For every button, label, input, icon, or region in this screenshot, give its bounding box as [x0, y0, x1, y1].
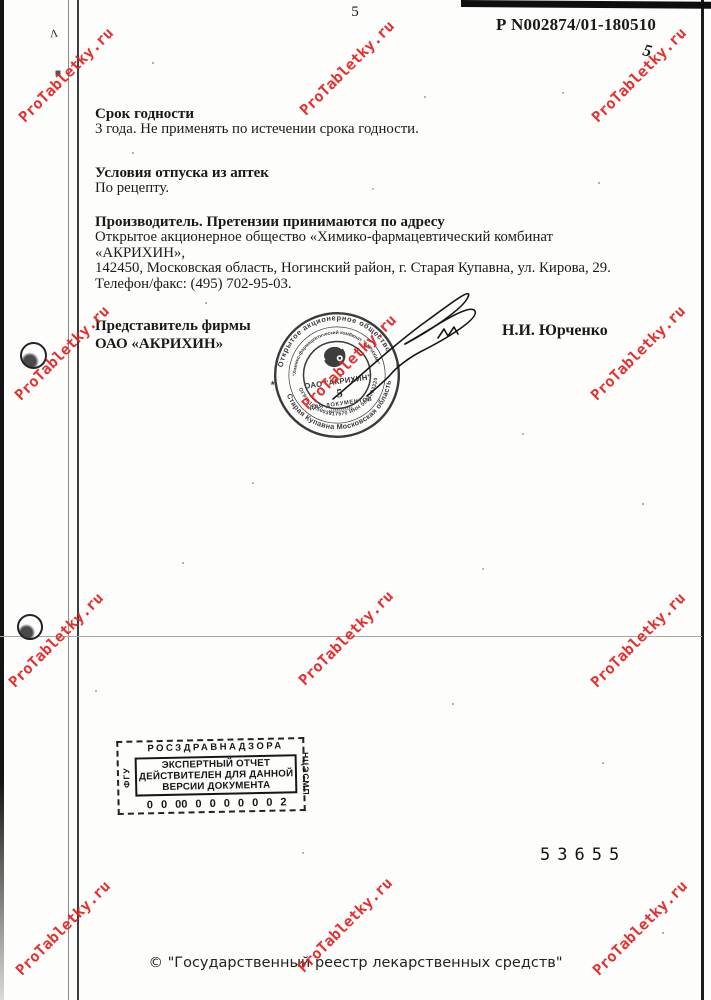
section-text: Открытое акционерное общество «Химико-фа… — [95, 230, 643, 261]
pencil-tick-mark: Λ — [49, 28, 58, 41]
watermark: ProTabletky.ru — [296, 17, 398, 119]
page-number: 5 — [340, 4, 370, 21]
page-edge-line-outer — [77, 0, 79, 1000]
representative-name: Н.И. Юрченко — [502, 322, 608, 340]
section-text: По рецепту. — [95, 181, 643, 197]
page-edge-line-inner — [68, 0, 69, 1000]
section-heading: Условия отпуска из аптек — [95, 165, 643, 181]
document-text: Срок годности 3 года. Не применять по ис… — [95, 106, 643, 292]
scan-noise-speckles — [0, 0, 2, 2]
section-heading: Производитель. Претензии принимаются по … — [95, 214, 643, 230]
section-shelf-life: Срок годности 3 года. Не применять по ис… — [95, 106, 643, 138]
rzn-left-vertical-label: ФГУ — [118, 743, 134, 813]
representative-line2: ОАО «АКРИХИН» — [95, 335, 251, 353]
roszdravnadzor-approval-stamp: ФГУ РОСЗДРАВНАДЗОРА ЭКСПЕРТНЫЙ ОТЧЕТ ДЕЙ… — [116, 737, 306, 815]
watermark: ProTabletky.ru — [587, 302, 689, 404]
document-number: 53655 — [540, 845, 626, 865]
watermark: ProTabletky.ru — [5, 589, 107, 691]
scan-edge-shadow-top — [461, 0, 711, 9]
registration-number: Р N002874/01-180510 — [496, 15, 656, 35]
scan-edge-line-right — [701, 0, 704, 1000]
watermark: ProTabletky.ru — [587, 589, 689, 691]
section-dispensing-conditions: Условия отпуска из аптек По рецепту. — [95, 165, 643, 197]
section-text: 3 года. Не применять по истечении срока … — [95, 122, 643, 138]
scan-edge-shadow-left — [0, 0, 4, 1000]
rzn-text-box: ЭКСПЕРТНЫЙ ОТЧЕТ ДЕЙСТВИТЕЛЕН ДЛЯ ДАННОЙ… — [135, 754, 298, 796]
handwritten-signature — [297, 281, 502, 421]
company-representative-label: Представитель фирмы ОАО «АКРИХИН» — [95, 317, 251, 353]
rzn-line: ВЕРСИИ ДОКУМЕНТА — [139, 779, 293, 793]
section-heading: Срок годности — [95, 106, 643, 122]
rzn-center-block: РОСЗДРАВНАДЗОРА ЭКСПЕРТНЫЙ ОТЧЕТ ДЕЙСТВИ… — [133, 739, 299, 812]
section-text: 142450, Московская область, Ногинский ра… — [95, 261, 643, 277]
punch-hole-bottom — [17, 614, 43, 640]
scanned-document-page: Λ ProTabletky.ru ProTabletky.ru ProTable… — [0, 0, 711, 1000]
rzn-header: РОСЗДРАВНАДЗОРА — [133, 740, 297, 754]
watermark: ProTabletky.ru — [295, 587, 397, 689]
rzn-digits-row: 0 0 00 0 0 0 0 0 0 2 — [134, 796, 299, 811]
representative-line1: Представитель фирмы — [95, 317, 251, 335]
rzn-right-vertical-label: НЦЭСМП — [298, 739, 314, 809]
